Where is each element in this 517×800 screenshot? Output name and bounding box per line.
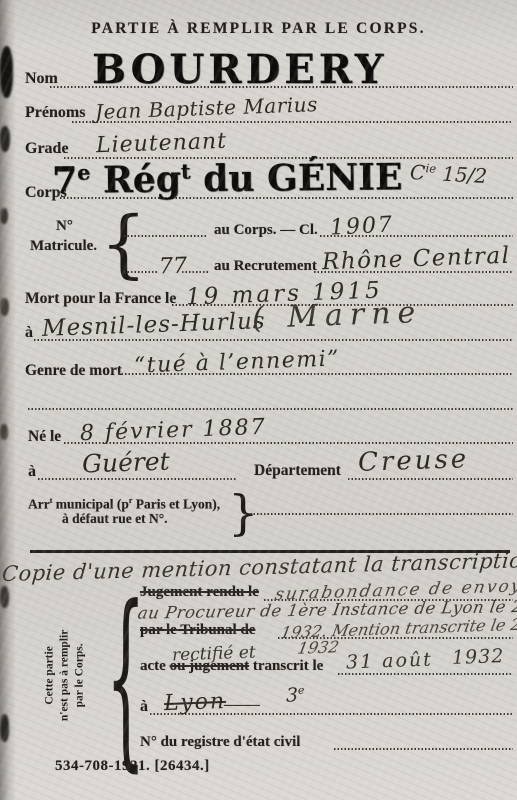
sidebar-line: n'est pas à remplir — [58, 629, 73, 720]
scan-smudge — [0, 126, 10, 152]
departement-label: Département — [254, 462, 341, 480]
tribunal-label-struck: par le Tribunal de — [140, 622, 255, 639]
scan-smudge — [0, 714, 9, 742]
corps-stamp-sup: e — [77, 159, 91, 184]
acte-word: acte — [140, 658, 166, 674]
arrondissement-text: Arr — [28, 497, 50, 512]
corps-stamp-sup: t — [181, 158, 191, 183]
dotted-line — [334, 748, 513, 750]
dotted-line — [250, 513, 513, 515]
form-header-title: PARTIE À REMPLIR PAR LE CORPS. — [0, 20, 517, 38]
matricule-class-handwriting: 1907 — [329, 212, 394, 240]
scan-smudge — [0, 46, 13, 98]
arrondissement-text: Paris et Lyon), — [132, 497, 220, 512]
grade-handwriting: Lieutenant — [96, 129, 228, 159]
genre-mort-label: Genre de mort — [25, 362, 122, 380]
acte-rest-words: transcrit le — [253, 658, 323, 674]
dotted-line — [124, 235, 208, 237]
registre-label: N° du registre d'état civil — [140, 734, 300, 751]
transcription-lieu-handwriting: Lyon — [164, 689, 227, 716]
mort-lieu-handwriting: Mesnil-les-Hurlus — [42, 308, 266, 342]
tribunal-interline-handwriting: 1932 — [296, 637, 340, 657]
scan-smudge — [0, 586, 9, 608]
ne-lieu-handwriting: Guéret — [82, 446, 171, 478]
corps-annotation-text: C — [409, 160, 426, 185]
nom-stamp: BOURDERY — [92, 46, 387, 93]
matricule-recrutement-label: au Recrutement — [214, 258, 317, 275]
acte-year-handwriting: 1932 — [452, 645, 505, 669]
strike-dash-mark: — — [222, 694, 262, 715]
military-death-record-card: PARTIE À REMPLIR PAR LE CORPS. Nom BOURD… — [0, 0, 517, 800]
corps-stamp-text: 7 — [52, 160, 78, 202]
arrondissement-number: 3 — [286, 684, 299, 706]
corps-stamp-text: du GÉNIE — [190, 156, 402, 200]
scan-smudge — [0, 208, 8, 224]
transcription-lieu-label: à — [140, 698, 148, 716]
departement-handwriting: Creuse — [358, 444, 470, 478]
corps-stamp-text: Rég — [90, 158, 181, 201]
sidebar-line: par le Corps. — [72, 629, 87, 720]
mort-label: Mort pour la France le — [25, 290, 176, 308]
jugement-label-struck: Jugement rendu le — [140, 584, 259, 601]
scan-smudge — [0, 298, 9, 316]
acte-date-handwriting: 31 août — [346, 648, 434, 673]
grade-label: Grade — [25, 140, 69, 158]
corps-annotation-text: 15/2 — [435, 161, 487, 188]
ne-lieu-label: à — [28, 463, 36, 481]
dotted-line — [38, 478, 236, 480]
sidebar-line: Cette partie — [43, 629, 58, 720]
arrondissement-label-line2: à défaut rue et N°. — [62, 511, 168, 527]
prenoms-handwriting: Jean Baptiste Marius — [95, 92, 319, 124]
matricule-corps-label: au Corps. — Cl. — [214, 222, 318, 239]
arrondissement-number-sup: e — [298, 684, 305, 697]
mort-departement-handwriting: ( Marne — [251, 295, 422, 336]
dotted-line — [182, 271, 208, 273]
scan-edge-shadow — [0, 0, 16, 800]
imprint-reference: 534-708-1921. [26434.] — [55, 758, 210, 775]
matricule-label-line2: Matricule. — [30, 238, 97, 255]
matricule-brace: { — [100, 207, 147, 281]
mort-lieu-label: à — [25, 324, 33, 342]
prenoms-label: Prénoms — [25, 104, 85, 122]
sidebar-note-text: Cette partie n'est pas à remplir par le … — [43, 629, 88, 720]
corps-stamp: 7e Régt du GÉNIE — [52, 156, 403, 202]
matricule-number-handwriting: 77 — [159, 254, 188, 280]
transcription-arrondissement-handwriting: 3e — [286, 684, 305, 707]
arrondissement-text: municipal (p — [52, 497, 129, 512]
dotted-line — [124, 271, 158, 273]
ne-label: Né le — [28, 428, 61, 446]
scan-smudge — [0, 424, 8, 440]
dotted-line — [338, 673, 513, 675]
dotted-line — [348, 478, 513, 480]
corps-annotation-sup: ie — [425, 161, 436, 176]
matricule-label-line1: N° — [56, 218, 73, 235]
sidebar-note-container: Cette partie n'est pas à remplir par le … — [26, 594, 104, 756]
corps-annotation-handwriting: Cie 15/2 — [409, 160, 487, 188]
acte-transcrit-label: acte ou jugement transcrit le — [140, 658, 323, 675]
dotted-line — [28, 408, 513, 410]
acte-struck-words: ou jugement — [170, 658, 250, 674]
